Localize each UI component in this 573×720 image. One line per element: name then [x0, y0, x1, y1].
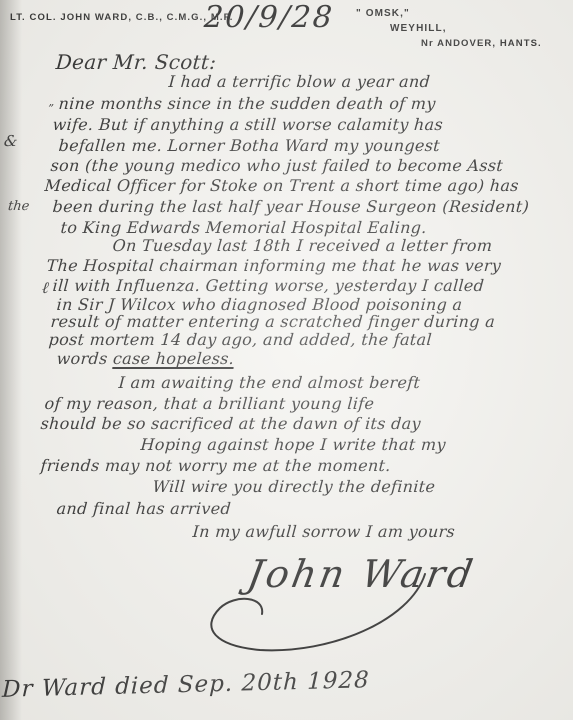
letter-line: nine months since in the sudden death of…	[58, 94, 436, 113]
letter-line: ill with Influenza. Getting worse, yeste…	[52, 276, 485, 295]
letterhead-locality: WEYHILL,	[390, 23, 447, 34]
margin-mark: ”	[47, 102, 54, 115]
signature: John Ward	[244, 552, 479, 596]
letter-line: been during the last half year House Sur…	[52, 197, 530, 216]
letter-line: The Hospital chairman informing me that …	[46, 256, 502, 275]
letter-line: of my reason, that a brilliant young lif…	[44, 394, 375, 413]
letterhead-house-name: " OMSK,"	[356, 8, 410, 19]
handwritten-date: 20/9/28	[203, 0, 335, 35]
letter-line: befallen me. Lorner Botha Ward my younge…	[58, 136, 441, 155]
letter-line: Medical Officer for Stoke on Trent a sho…	[44, 176, 520, 195]
margin-mark: the	[7, 199, 30, 214]
letter-line: In my awfull sorrow I am yours	[192, 522, 456, 541]
letterhead-region: Nr ANDOVER, HANTS.	[421, 38, 542, 49]
death-annotation: Dr Ward died Sep. 20th 1928	[2, 667, 370, 703]
scanned-letter-page: LT. COL. JOHN WARD, C.B., C.M.G., M.P. 2…	[0, 0, 573, 720]
letter-line: result of matter entering a scratched fi…	[50, 312, 496, 331]
letter-line: On Tuesday last 18th I received a letter…	[112, 236, 493, 255]
letter-line: I am awaiting the end almost bereft	[118, 373, 421, 392]
letter-line: Will wire you directly the definite	[152, 477, 436, 496]
letter-line: son (the young medico who just failed to…	[50, 156, 504, 175]
margin-mark: &	[3, 132, 18, 150]
letter-line: Hoping against hope I write that my	[140, 435, 446, 454]
letter-line: friends may not worry me at the moment.	[40, 456, 391, 475]
letter-line: post mortem 14 day ago, and added, the f…	[48, 330, 433, 349]
letter-line-fatal-words: words case hopeless.	[56, 349, 235, 368]
letter-line: to King Edwards Memorial Hospital Ealing…	[60, 218, 427, 237]
scan-edge-shadow	[0, 0, 22, 720]
salutation: Dear Mr. Scott:	[55, 50, 217, 74]
letter-line: should be so sacrificed at the dawn of i…	[40, 414, 422, 433]
letter-line: wife. But if anything a still worse cala…	[52, 115, 444, 134]
fatal-words-underlined: case hopeless.	[112, 349, 235, 368]
letter-line: I had a terrific blow a year and	[168, 72, 431, 91]
letterhead-sender: LT. COL. JOHN WARD, C.B., C.M.G., M.P.	[10, 12, 234, 23]
fatal-words-prefix: words	[56, 349, 114, 368]
margin-mark: ℓ	[41, 278, 50, 298]
letter-line: and final has arrived	[56, 499, 232, 518]
